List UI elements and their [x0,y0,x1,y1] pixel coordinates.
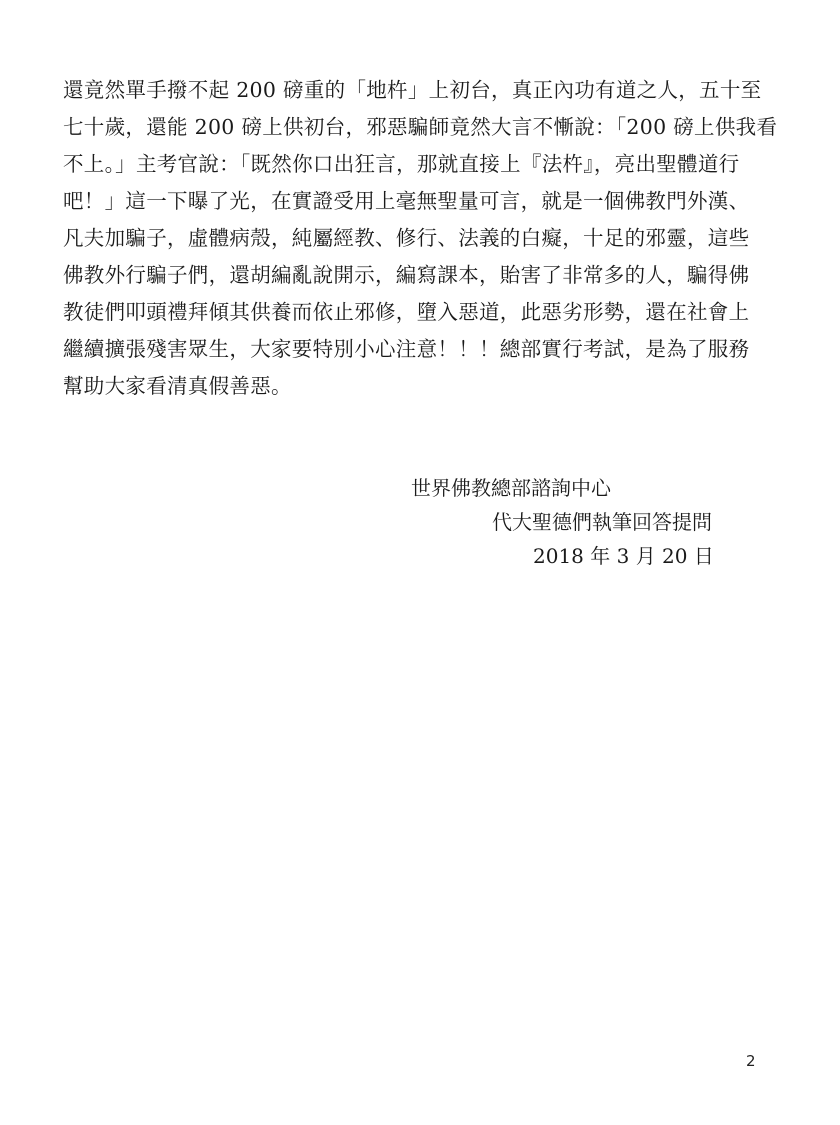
body-paragraph: 還竟然單手撥不起 200 磅重的「地杵」上初台，真正內功有道之人，五十至 七十歲… [63,72,763,405]
signature-organization: 世界佛教總部諮詢中心 [411,474,611,502]
body-line-4: 吧！」這一下曝了光，在實證受用上毫無聖量可言，就是一個佛教門外漢、 [63,183,763,220]
signature-author: 代大聖德們執筆回答提問 [492,508,712,536]
body-line-8: 繼續擴張殘害眾生，大家要特別小心注意！！！總部實行考試，是為了服務 [63,331,763,368]
body-line-7: 教徒們叩頭禮拜傾其供養而依止邪修，墮入惡道，此惡劣形勢，還在社會上 [63,294,763,331]
body-line-6: 佛教外行騙子們，還胡編亂說開示，編寫課本，貽害了非常多的人，騙得佛 [63,257,763,294]
signature-date: 2018 年 3 月 20 日 [533,542,714,570]
page-number: 2 [746,1052,756,1070]
document-page: 還竟然單手撥不起 200 磅重的「地杵」上初台，真正內功有道之人，五十至 七十歲… [0,0,840,1125]
body-line-9: 幫助大家看清真假善惡。 [63,368,763,405]
body-line-3: 不上。」主考官說：「既然你口出狂言，那就直接上『法杵』，亮出聖體道行 [63,146,763,183]
body-line-5: 凡夫加騙子，虛體病殼，純屬經教、修行、法義的白癡，十足的邪靈，這些 [63,220,763,257]
body-line-2: 七十歲，還能 200 磅上供初台，邪惡騙師竟然大言不慚說：「200 磅上供我看 [63,109,763,146]
body-line-1: 還竟然單手撥不起 200 磅重的「地杵」上初台，真正內功有道之人，五十至 [63,72,763,109]
